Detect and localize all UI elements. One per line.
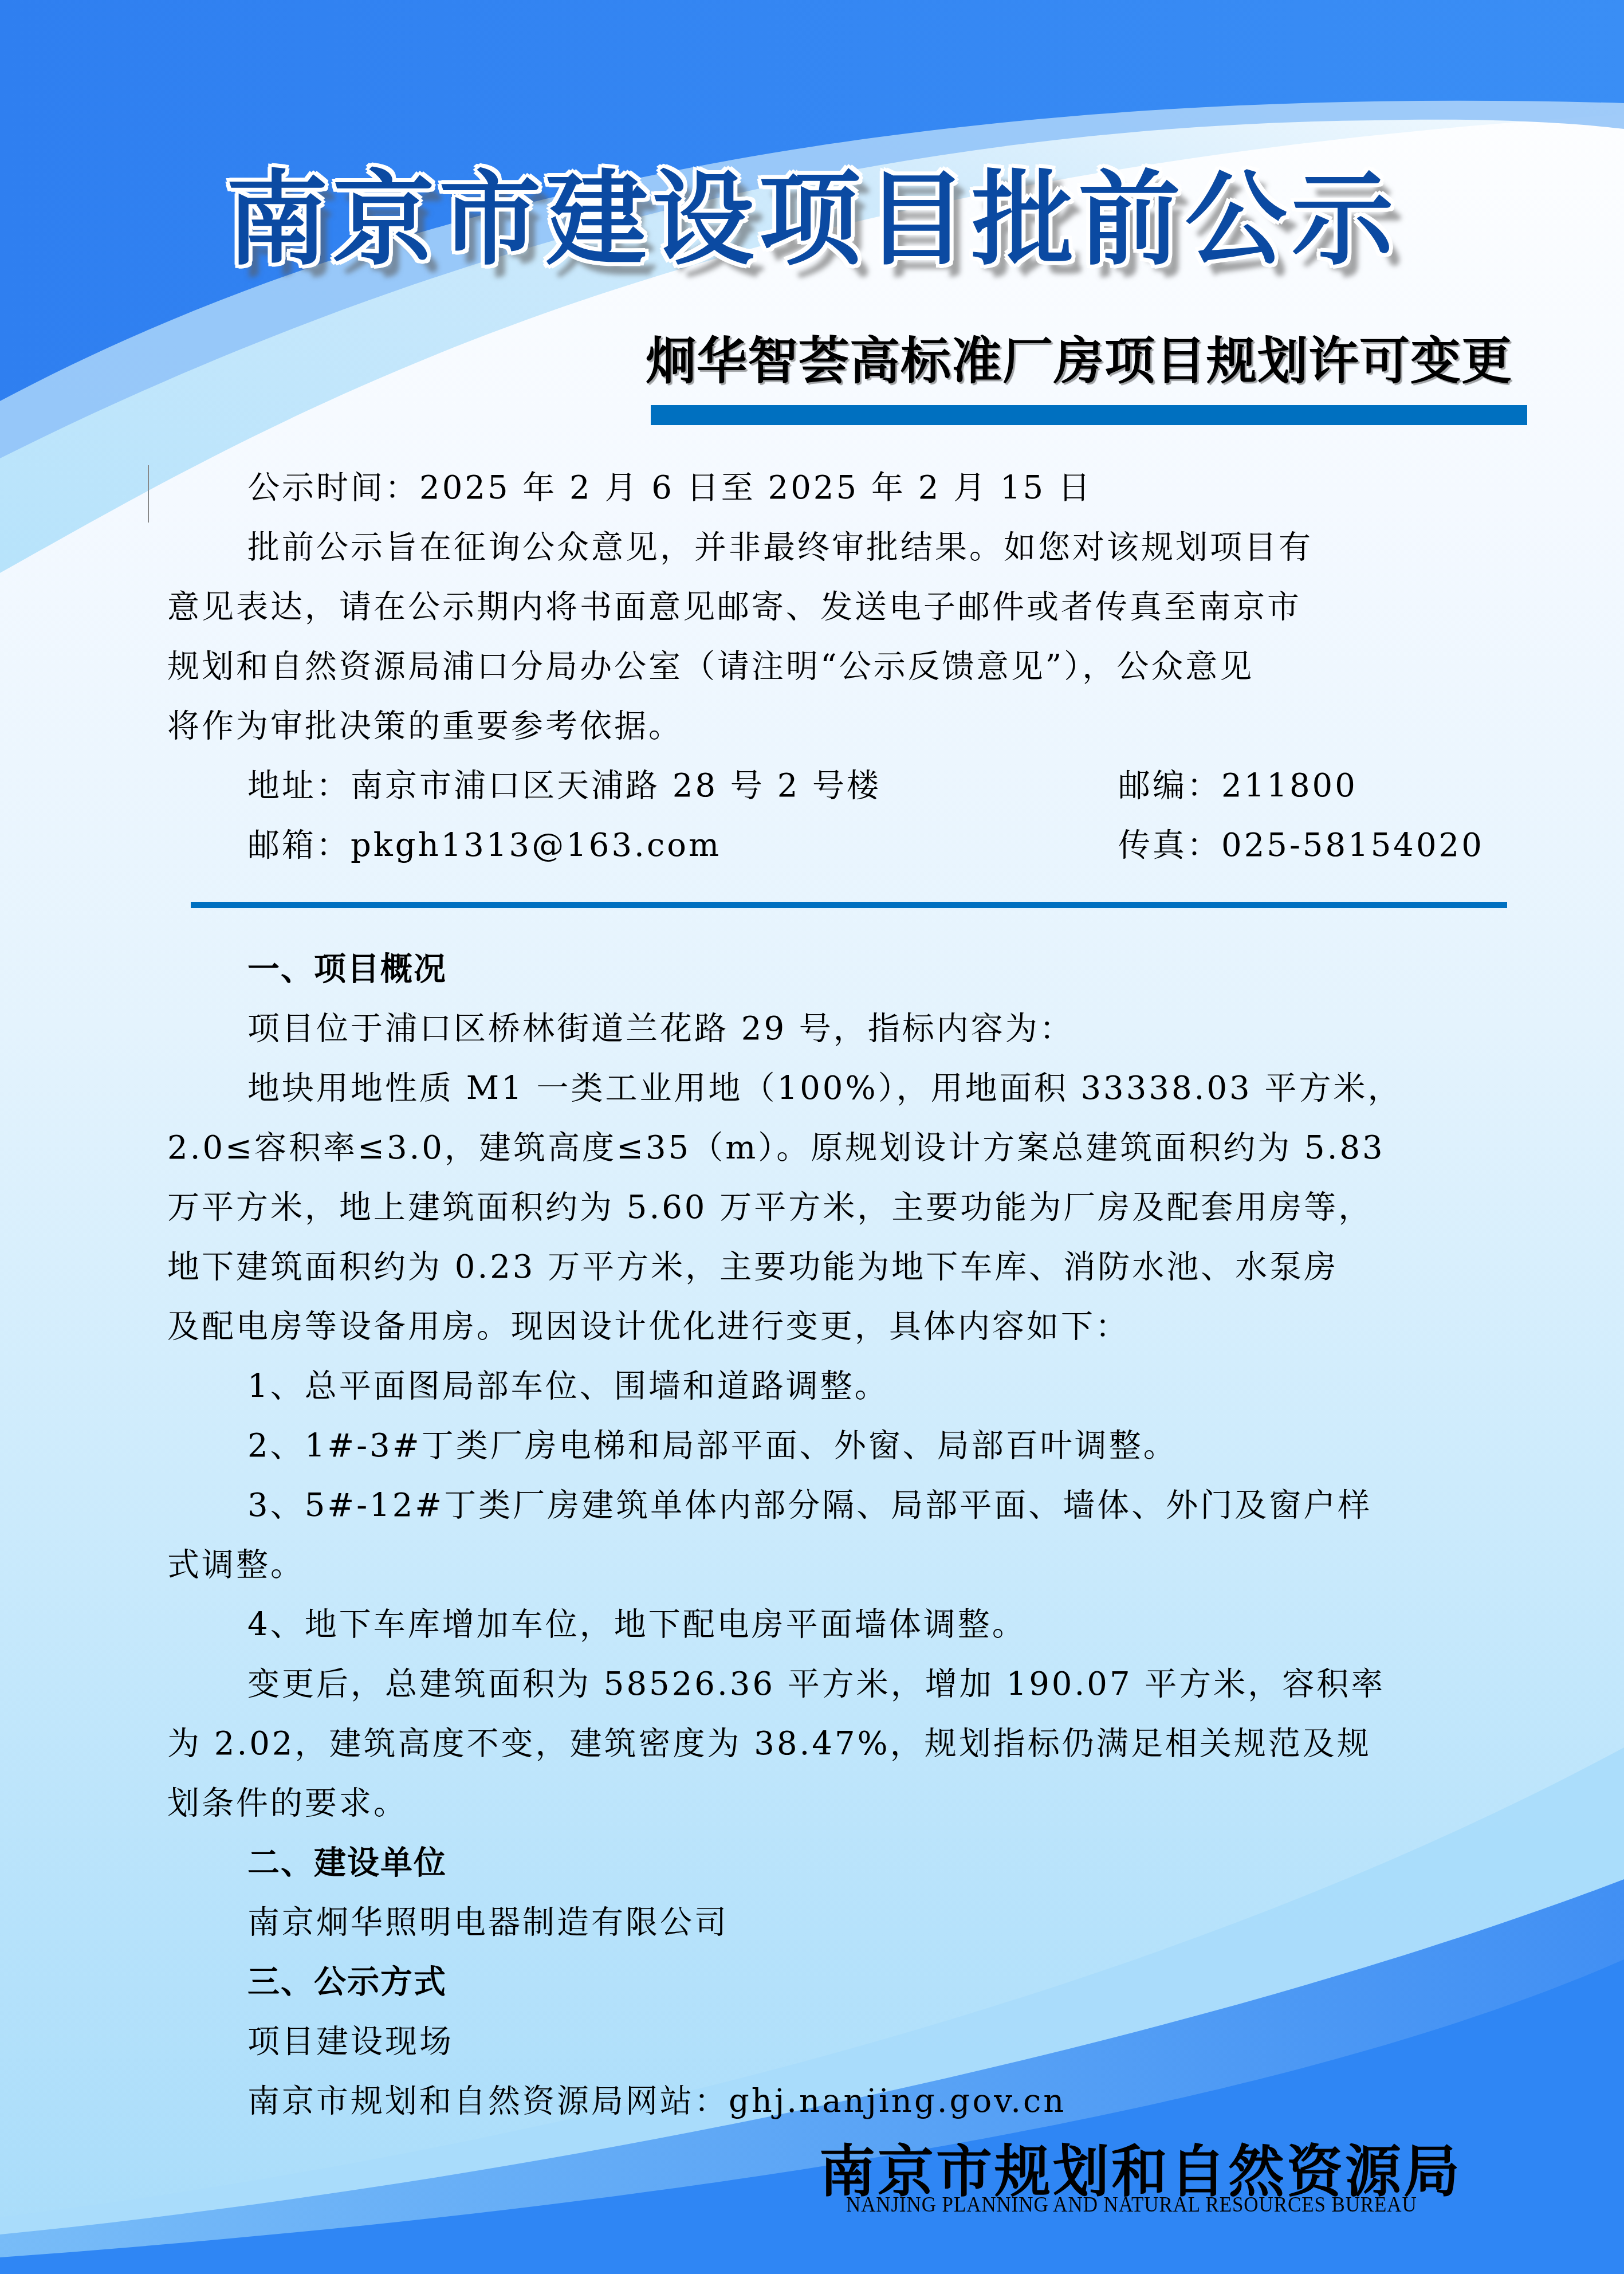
email-link[interactable]: 邮箱：pkgh1313@163.com xyxy=(247,816,1118,875)
intro-line: 将作为审批决策的重要参考依据。 xyxy=(167,697,1513,756)
section-divider xyxy=(191,902,1507,908)
postcode-text: 邮编：211800 xyxy=(1118,756,1358,816)
section-heading-overview: 一、项目概况 xyxy=(167,940,1513,999)
change-item: 3、5#-12#丁类厂房建筑单体内部分隔、局部平面、墙体、外门及窗户样 xyxy=(167,1476,1513,1535)
subtitle-underline xyxy=(651,405,1527,425)
contact-row-2: 邮箱：pkgh1313@163.com 传真：025-58154020 xyxy=(167,816,1513,875)
result-line: 变更后，总建筑面积为 58526.36 平方米，增加 190.07 平方米，容积… xyxy=(167,1655,1513,1714)
change-item: 式调整。 xyxy=(167,1535,1513,1595)
intro-line: 规划和自然资源局浦口分局办公室（请注明“公示反馈意见”），公众意见 xyxy=(167,637,1513,697)
page-title: 南京市建设项目批前公示 xyxy=(0,138,1624,284)
builder-name: 南京炯华照明电器制造有限公司 xyxy=(167,1893,1513,1953)
indicator-line: 地块用地性质 M1 一类工业用地（100%），用地面积 33338.03 平方米… xyxy=(167,1059,1513,1118)
notice-body: 公示时间：2025 年 2 月 6 日至 2025 年 2 月 15 日 批前公… xyxy=(167,458,1513,2131)
fax-text: 传真：025-58154020 xyxy=(1118,816,1484,875)
change-item: 4、地下车库增加车位，地下配电房平面墙体调整。 xyxy=(167,1595,1513,1655)
change-item: 2、1#-3#丁类厂房电梯和局部平面、外窗、局部百叶调整。 xyxy=(167,1416,1513,1476)
intro-line: 意见表达，请在公示期内将书面意见邮寄、发送电子邮件或者传真至南京市 xyxy=(167,578,1513,637)
method-item-website[interactable]: 南京市规划和自然资源局网站：ghj.nanjing.gov.cn xyxy=(167,2072,1513,2131)
project-subtitle: 炯华智荟高标准厂房项目规划许可变更 xyxy=(646,321,1512,393)
result-line: 为 2.02，建筑高度不变，建筑密度为 38.47%，规划指标仍满足相关规范及规 xyxy=(167,1714,1513,1774)
intro-line: 批前公示旨在征询公众意见，并非最终审批结果。如您对该规划项目有 xyxy=(167,518,1513,578)
section-heading-method: 三、公示方式 xyxy=(167,1953,1513,2012)
margin-mark xyxy=(148,465,149,523)
notice-period: 公示时间：2025 年 2 月 6 日至 2025 年 2 月 15 日 xyxy=(167,458,1513,518)
section-heading-builder: 二、建设单位 xyxy=(167,1833,1513,1893)
result-line: 划条件的要求。 xyxy=(167,1774,1513,1833)
method-item: 项目建设现场 xyxy=(167,2012,1513,2072)
indicator-line: 万平方米，地上建筑面积约为 5.60 万平方米，主要功能为厂房及配套用房等， xyxy=(167,1178,1513,1238)
address-text: 地址：南京市浦口区天浦路 28 号 2 号楼 xyxy=(247,756,1118,816)
indicator-line: 2.0≤容积率≤3.0，建筑高度≤35（m）。原规划设计方案总建筑面积约为 5.… xyxy=(167,1118,1513,1178)
location-text: 项目位于浦口区桥林街道兰花路 29 号，指标内容为： xyxy=(167,999,1513,1059)
contact-row-1: 地址：南京市浦口区天浦路 28 号 2 号楼 邮编：211800 xyxy=(167,756,1513,816)
change-item: 1、总平面图局部车位、围墙和道路调整。 xyxy=(167,1357,1513,1416)
indicator-line: 及配电房等设备用房。现因设计优化进行变更，具体内容如下： xyxy=(167,1297,1513,1357)
indicator-line: 地下建筑面积约为 0.23 万平方米，主要功能为地下车库、消防水池、水泵房 xyxy=(167,1238,1513,1297)
footer-org-name-en: NANJING PLANNING AND NATURAL RESOURCES B… xyxy=(846,2192,1417,2217)
